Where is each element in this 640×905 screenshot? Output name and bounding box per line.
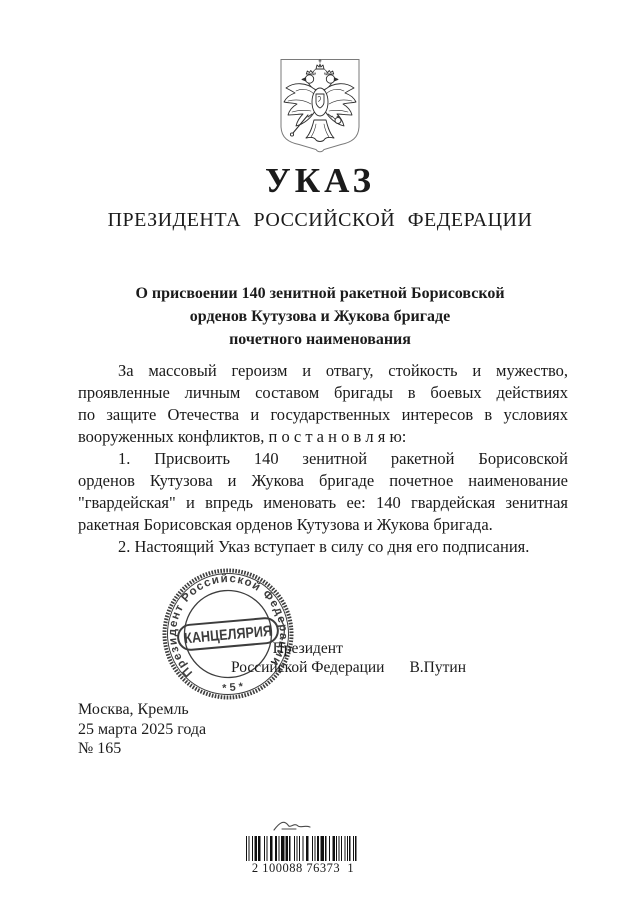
registration-mark-scribble <box>270 817 314 835</box>
subject-line-3: почетного наименования <box>70 328 570 351</box>
signature-title-line-2: Российской Федерации <box>231 659 384 678</box>
subject-line-2: орденов Кутузова и Жукова бригаде <box>70 305 570 328</box>
signature-title-line-1: Президент <box>231 640 384 659</box>
barcode-bars <box>246 836 360 861</box>
body-line: орденов Кутузова и Жукова бригаде почетн… <box>78 470 568 492</box>
signer-name: В.Путин <box>409 659 466 678</box>
subject-line-1: О присвоении 140 зенитной ракетной Борис… <box>70 282 570 305</box>
decree-subject-heading: О присвоении 140 зенитной ракетной Борис… <box>70 282 570 351</box>
body-line: ракетная Борисовская орденов Кутузова и … <box>78 514 568 536</box>
issuance-place: Москва, Кремль <box>78 700 206 720</box>
document-subtitle: ПРЕЗИДЕНТА РОССИЙСКОЙ ФЕДЕРАЦИИ <box>0 209 640 232</box>
body-line: 1. Присвоить 140 зенитной ракетной Борис… <box>78 448 568 470</box>
issuance-block: Москва, Кремль 25 марта 2025 года № 165 <box>78 700 206 759</box>
signature-title: Президент Российской Федерации <box>231 640 384 677</box>
issuance-date: 25 марта 2025 года <box>78 720 206 740</box>
decree-number: № 165 <box>78 739 206 759</box>
barcode-digits: 2 100088 76373 1 <box>246 861 360 876</box>
russia-coat-of-arms-icon <box>278 58 362 158</box>
body-line: вооруженных конфликтов, п о с т а н о в … <box>78 426 568 448</box>
decree-document-page: УКАЗ ПРЕЗИДЕНТА РОССИЙСКОЙ ФЕДЕРАЦИИ О п… <box>0 0 640 905</box>
stamp-bottom-text: * 5 * <box>222 681 244 695</box>
signature-block: Президент Российской Федерации В.Путин <box>231 640 466 677</box>
body-line: "гвардейская" и впредь именовать ее: 140… <box>78 492 568 514</box>
document-barcode: 2 100088 76373 1 <box>246 836 360 876</box>
body-line: проявленные личным составом бригады в бо… <box>78 382 568 404</box>
body-line: по защите Отечества и государственных ин… <box>78 404 568 426</box>
document-title: УКАЗ <box>0 161 640 201</box>
decree-body: За массовый героизм и отвагу, стойкость … <box>78 360 568 558</box>
body-line: За массовый героизм и отвагу, стойкость … <box>78 360 568 382</box>
chancellery-stamp: Президент Российской Федерации * 5 * КАН… <box>144 550 312 718</box>
